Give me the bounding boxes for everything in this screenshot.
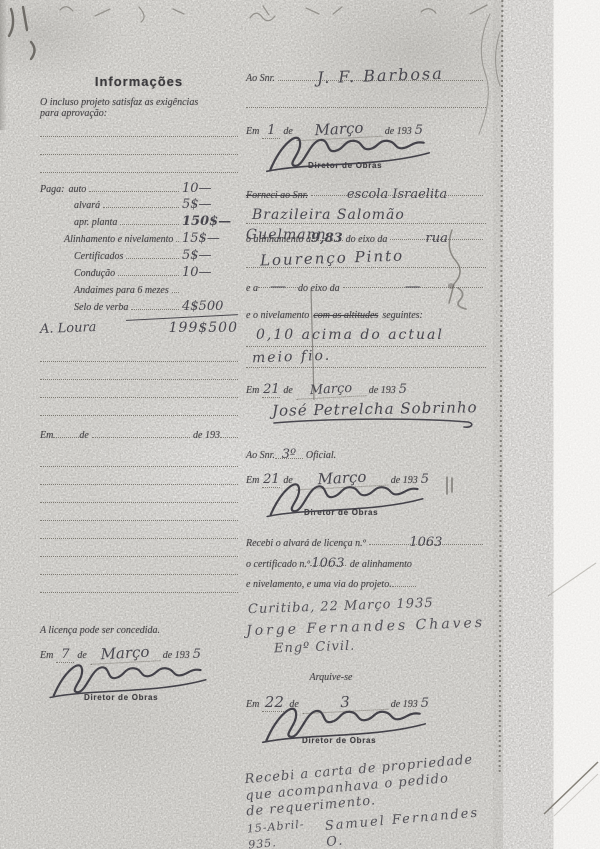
forneci-line: Forneci ao Snr. escola Israelita — [246, 184, 486, 205]
oficial-row: Ao Snr. 3º Oficial. — [246, 447, 486, 461]
corner-fold-line — [540, 756, 600, 820]
level-note-handwritten-2: meio fio. — [252, 347, 332, 369]
blank-date-row: Em de de 193 — [40, 426, 238, 441]
fee-label: Andaimes para 6 mezes — [74, 285, 169, 296]
blank-line — [40, 575, 238, 593]
blank-line — [40, 398, 238, 416]
school-name-handwritten-1: escola Israelita — [347, 187, 447, 202]
receipt-printed-1: Recebi o alvará de licença n.º — [246, 534, 366, 554]
blank-line — [40, 119, 238, 137]
fee-value: 10— — [182, 181, 238, 196]
clerk-signature: A. Loura — [40, 320, 97, 337]
month-handwritten: Março — [295, 380, 366, 400]
right-column: Ao Snr. J. F. Barbosa Em 1 de Março de 1… — [246, 66, 486, 846]
blank-line — [40, 344, 238, 362]
engineer-signature-handwritten: José Petrelcha Sobrinho — [272, 398, 478, 420]
blank-line — [40, 137, 238, 155]
de-label: de — [79, 430, 88, 441]
fee-label: auto — [68, 184, 86, 195]
ea-printed: e a — [246, 279, 258, 298]
to-label: Ao Snr. — [246, 73, 275, 84]
fee-row: alvará 5$— — [40, 196, 238, 213]
blank-line — [40, 380, 238, 398]
blank-day — [53, 426, 79, 438]
director-signature-flourish — [260, 474, 430, 520]
oficial-word: Oficial. — [306, 450, 336, 461]
dotted-leader — [126, 247, 179, 259]
second-axis-line: e a — do eixo da — — [246, 276, 486, 298]
dotted-leader — [120, 213, 179, 225]
receipt-printed-3: e nivelamento, e uma via do projeto. — [246, 575, 392, 595]
dotted-leader — [172, 281, 179, 293]
license-number-handwritten: 1063 — [369, 533, 483, 545]
license-approval-line: A licença pode ser concedida. — [40, 625, 238, 636]
fee-row: Selo de verba 4$500 — [40, 298, 238, 315]
receipt-title-handwritten: Engº Civil. — [274, 637, 356, 660]
receipt-line-2: o certificado n.º 1063 de alinhamento — [246, 554, 486, 575]
to-label: Ao Snr. — [246, 450, 275, 461]
fee-row: Paga: auto 10— — [40, 179, 238, 196]
nivelamento-line: e o nivelamento com as altitudes seguint… — [246, 304, 486, 325]
fee-label: apr. planta — [74, 217, 117, 228]
dotted-leader — [89, 180, 179, 192]
fee-value: 5$— — [182, 197, 238, 212]
dotted-leader — [118, 264, 179, 276]
receipt-line-1: Recebi o alvará de licença n.º 1063 — [246, 533, 486, 554]
edge-diagonal-mark — [546, 558, 600, 602]
dotted-leader — [131, 298, 179, 310]
addressee-name-handwritten: J. F. Barbosa — [317, 64, 444, 87]
director-signature-flourish — [256, 698, 432, 746]
blank-line — [40, 539, 238, 557]
receipt-line-3: e nivelamento, e uma via do projeto. — [246, 575, 486, 595]
dash-handwritten: — — [258, 276, 298, 288]
de193-label: de 193 — [369, 385, 396, 396]
alignment-printed-mid: do eixo da — [346, 230, 388, 249]
fee-label: alvará — [74, 200, 100, 211]
note-date-handwritten: 15-Abril-935. — [246, 815, 327, 849]
fee-row: Alinhamento e nivelamento 15$— — [40, 230, 238, 247]
de-label: de — [283, 385, 292, 396]
arquive-label: Arquive-se — [246, 672, 416, 683]
de193-label: de 193 — [193, 430, 220, 441]
em-label: Em — [40, 430, 53, 441]
director-signature-flourish — [44, 655, 212, 701]
nivel-printed-pre: e o nivelamento — [246, 310, 309, 321]
fee-row: apr. planta 150$— — [40, 213, 238, 230]
fee-prefix: Paga: — [40, 184, 64, 195]
receipt-printed-2b: de alinhamento — [350, 555, 412, 575]
blank-line — [40, 155, 238, 173]
certificate-number-handwritten: 1063 — [310, 554, 346, 566]
em-label: Em — [246, 385, 259, 396]
fee-label: Condução — [74, 268, 115, 279]
day-handwritten: 21 — [262, 382, 280, 398]
fee-value: 5$— — [182, 248, 238, 263]
street-name-handwritten: Lourenço Pinto — [260, 246, 405, 270]
fee-value: 15$— — [182, 231, 238, 246]
director-signature-flourish — [260, 127, 436, 175]
addressee-row: Ao Snr. J. F. Barbosa — [246, 66, 486, 84]
alignment-value-handwritten: 9,83 — [311, 229, 343, 241]
blank-line — [40, 485, 238, 503]
receipt-printed-2a: o certificado n.º — [246, 555, 310, 575]
section-title: Informações — [40, 74, 238, 89]
dash-handwritten: — — [343, 276, 483, 288]
alignment-printed-pre: o alinhamento a — [246, 230, 311, 249]
intro-line-2: para aprovação: — [40, 108, 238, 119]
level-note-handwritten-1: 0,10 acima do actual — [256, 327, 444, 343]
eixo-printed: do eixo da — [298, 279, 340, 298]
blank-line — [40, 467, 238, 485]
blank-line — [40, 362, 238, 380]
fee-row: Condução 10— — [40, 264, 238, 281]
blank-line — [40, 557, 238, 575]
blank-month — [92, 426, 190, 438]
alignment-line: o alinhamento a 9,83 do eixo da rua — [246, 228, 486, 249]
oficial-number-handwritten: 3º — [275, 447, 303, 459]
blank-line — [40, 503, 238, 521]
fee-label: Certificados — [74, 251, 123, 262]
dotted-leader — [392, 575, 416, 587]
dotted-leader — [176, 230, 179, 242]
total-amount: 199$500 — [169, 320, 238, 336]
fee-row: Certificados 5$— — [40, 247, 238, 264]
nivel-printed-post: seguintes: — [382, 310, 423, 321]
left-column: Informações O incluso projeto satisfaz a… — [40, 74, 238, 702]
dotted-leader — [103, 196, 179, 208]
fee-value: 4$500 — [182, 299, 238, 314]
fee-value: 10— — [182, 265, 238, 280]
blank-line — [40, 449, 238, 467]
total-row: A. Loura 199$500 — [40, 320, 238, 336]
street-type-handwritten: rua — [425, 231, 447, 246]
fee-label: Selo de verba — [74, 302, 128, 313]
date-row-2: Em 21 de Março de 193 5 — [246, 382, 486, 398]
bottom-note: Recebi a carta de propriedade que acompa… — [244, 755, 488, 849]
fee-value: 150$— — [182, 214, 238, 229]
blank-line — [40, 521, 238, 539]
blank-line — [246, 90, 486, 108]
fee-label: Alinhamento e nivelamento — [64, 234, 173, 245]
nivel-printed-struck: com as altitudes — [313, 310, 378, 321]
year-handwritten: 5 — [399, 382, 407, 397]
fee-row: Andaimes para 6 mezes — [40, 281, 238, 298]
blank-year — [220, 426, 238, 438]
forneci-printed: Forneci ao Snr. — [246, 186, 308, 205]
intro-line-1: O incluso projeto satisfaz as exigências — [40, 97, 238, 108]
